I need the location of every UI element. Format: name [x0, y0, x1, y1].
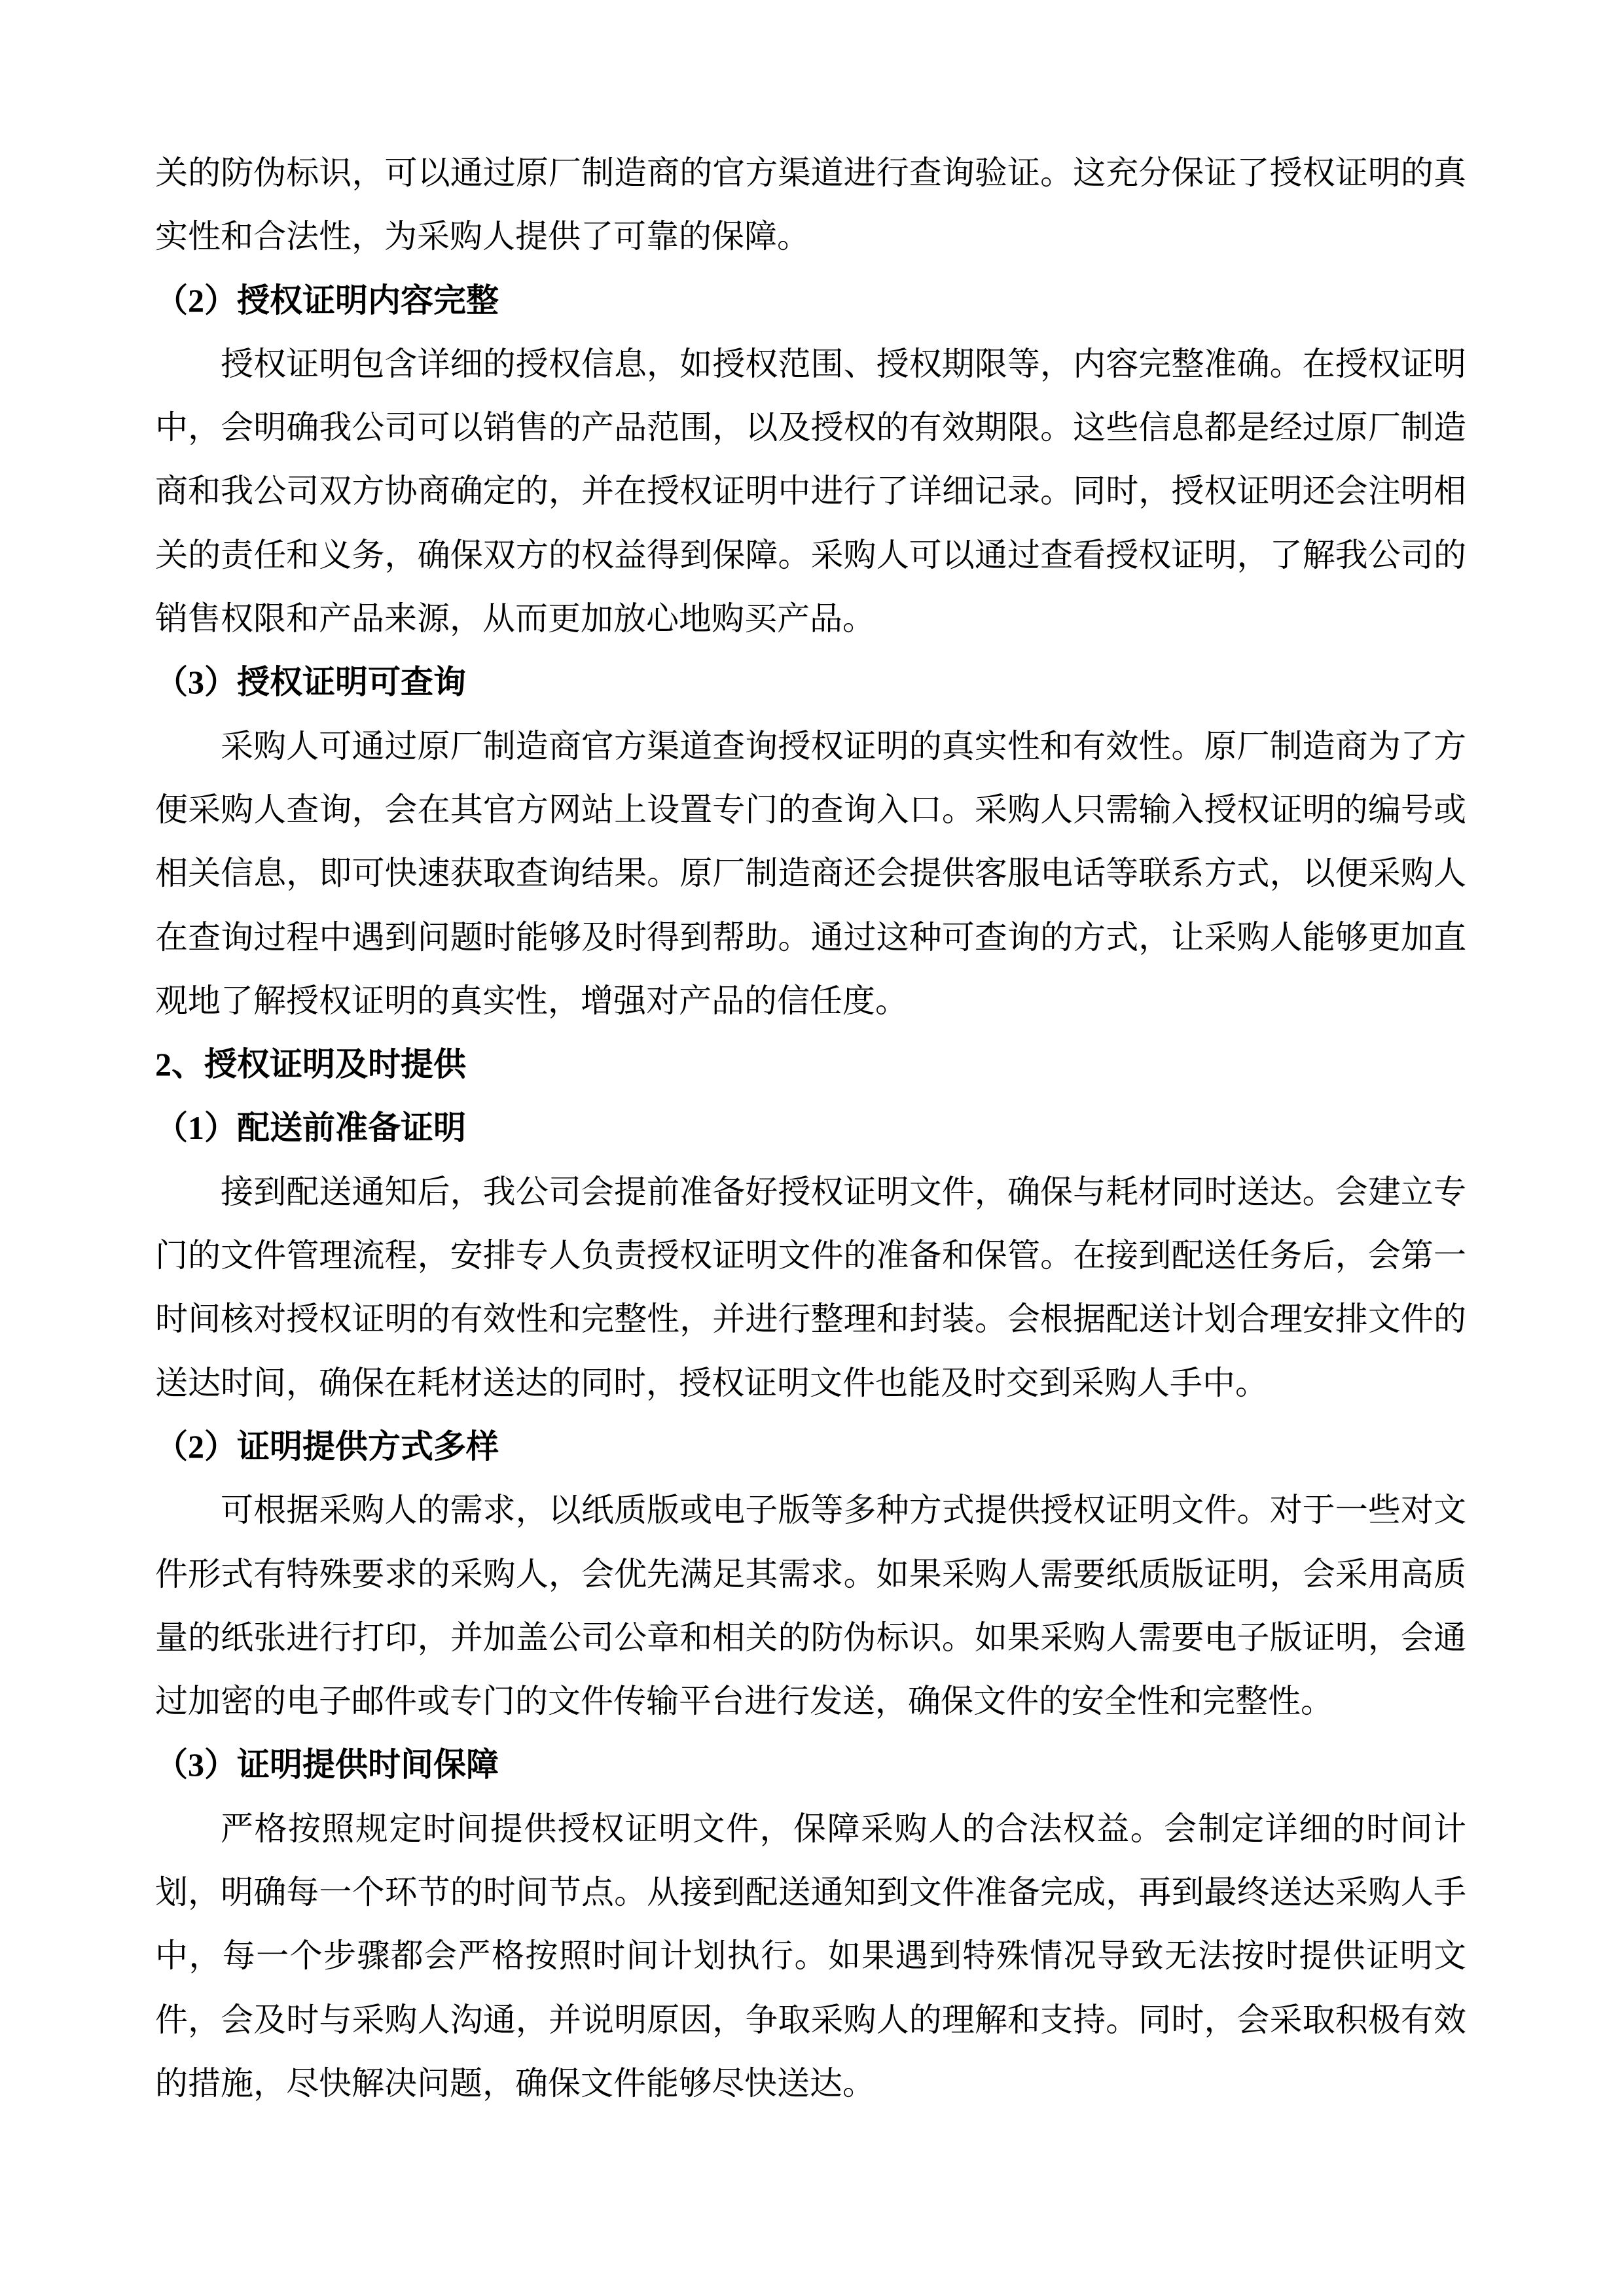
paragraph: 授权证明包含详细的授权信息，如授权范围、授权期限等，内容完整准确。在授权证明中，… — [155, 332, 1466, 651]
paragraph: 接到配送通知后，我公司会提前准备好授权证明文件，确保与耗材同时送达。会建立专门的… — [155, 1160, 1466, 1415]
paragraph: 采购人可通过原厂制造商官方渠道查询授权证明的真实性和有效性。原厂制造商为了方便采… — [155, 715, 1466, 1033]
document-body: 关的防伪标识，可以通过原厂制造商的官方渠道进行查询验证。这充分保证了授权证明的真… — [155, 141, 1466, 2115]
numbered-heading: 2、授权证明及时提供 — [155, 1033, 1466, 1096]
document-page: 关的防伪标识，可以通过原厂制造商的官方渠道进行查询验证。这充分保证了授权证明的真… — [0, 0, 1624, 2296]
section-heading: （2）证明提供方式多样 — [155, 1415, 1466, 1479]
paragraph: 严格按照规定时间提供授权证明文件，保障采购人的合法权益。会制定详细的时间计划，明… — [155, 1797, 1466, 2115]
paragraph: 可根据采购人的需求，以纸质版或电子版等多种方式提供授权证明文件。对于一些对文件形… — [155, 1479, 1466, 1733]
section-heading: （1）配送前准备证明 — [155, 1096, 1466, 1160]
section-heading: （3）证明提供时间保障 — [155, 1733, 1466, 1797]
paragraph: 关的防伪标识，可以通过原厂制造商的官方渠道进行查询验证。这充分保证了授权证明的真… — [155, 141, 1466, 269]
section-heading: （2）授权证明内容完整 — [155, 269, 1466, 332]
section-heading: （3）授权证明可查询 — [155, 651, 1466, 714]
